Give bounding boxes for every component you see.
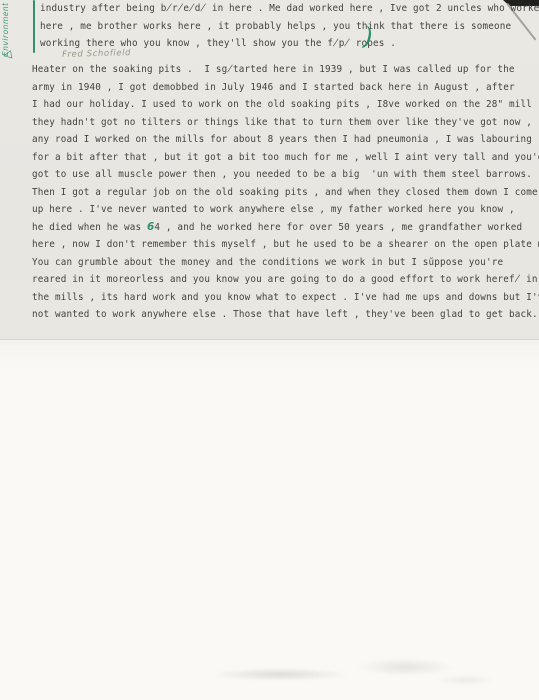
typed-line: any road I worked on the mills for about… — [32, 131, 539, 149]
typed-line: he died when he was 64 , and he worked h… — [32, 219, 539, 237]
typed-line: reared in it moreorless and you know you… — [32, 271, 539, 289]
handwritten-name-annotation: Fred Schofield — [62, 48, 131, 60]
typed-line: Then I got a regular job on the old soak… — [32, 184, 539, 202]
typed-line: they hadn't got no tilters or things lik… — [32, 114, 539, 132]
typed-line: Heater on the soaking pits . I sg̸tarted… — [32, 61, 539, 79]
typed-line: not wanted to work anywhere else . Those… — [32, 306, 539, 324]
typed-paragraph-2: Heater on the soaking pits . I sg̸tarted… — [32, 61, 539, 324]
paper-sheet-bottom-blank — [0, 339, 539, 700]
typed-line: the mills , its hard work and you know w… — [32, 289, 539, 307]
typed-line: You can grumble about the money and the … — [32, 254, 539, 272]
margin-bracket-line-green — [33, 0, 35, 53]
typed-line: here , now I don't remember this myself … — [32, 236, 539, 254]
typed-line: here , me brother works here , it probab… — [40, 18, 539, 36]
typed-line: industry after being b̸r̸e̸d̸ in here . … — [40, 0, 539, 18]
typed-line: up here . I've never wanted to work anyw… — [32, 201, 539, 219]
typed-line: for a bit after that , but it got a bit … — [32, 149, 539, 167]
typed-line: army in 1940 , I got demobbed in July 19… — [32, 79, 539, 97]
typed-paragraph-1: industry after being b̸r̸e̸d̸ in here . … — [40, 0, 539, 53]
typed-line: got to use all muscle power then , you n… — [32, 166, 539, 184]
typed-line: I had our holiday. I used to work on the… — [32, 96, 539, 114]
scanned-document-page: Environment ◁ industry after being b̸r̸e… — [0, 0, 539, 700]
